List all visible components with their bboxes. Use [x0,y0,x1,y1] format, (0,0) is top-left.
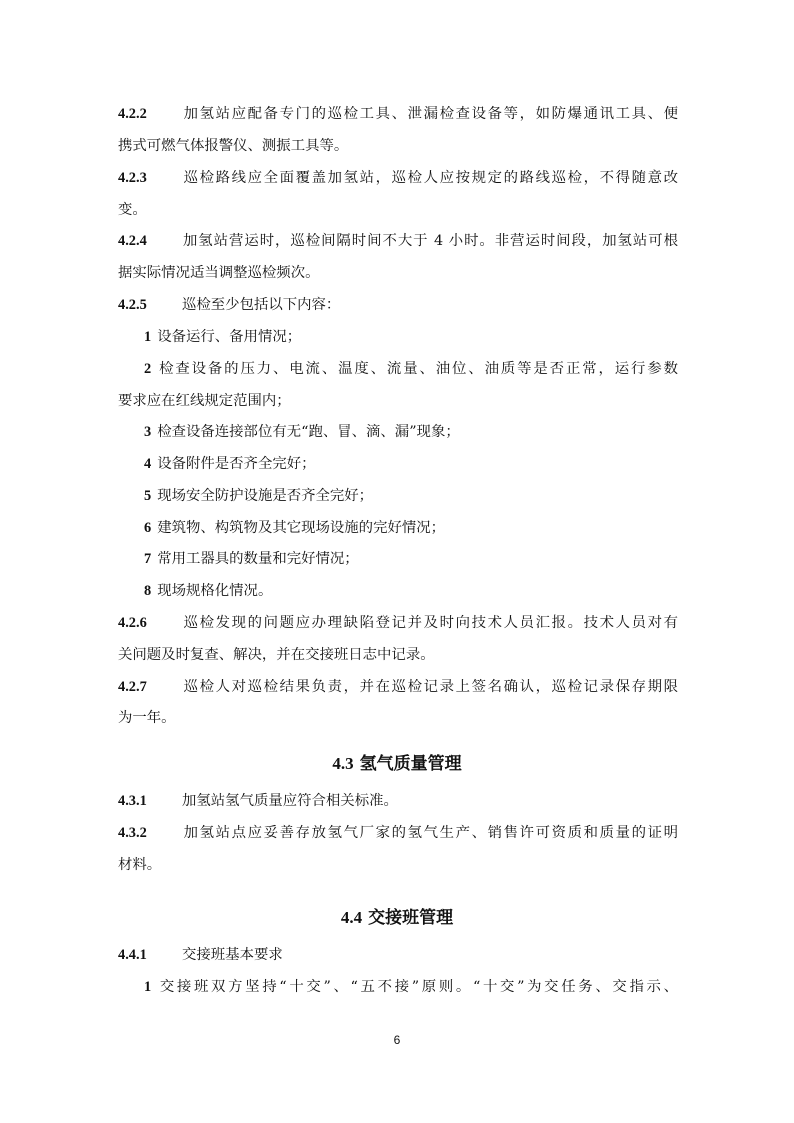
clause-number: 4.3.1 [118,791,182,811]
page-number: 6 [0,1033,794,1047]
clause-4-2-3-line-2: 变。 [118,200,678,220]
section-heading-4-3: 4.3氢气质量管理 [0,752,794,776]
clause-4-2-6-line-1: 4.2.6巡检发现的问题应办理缺陷登记并及时向技术人员汇报。技术人员对有 [118,613,678,633]
clause-4-2-4-line-1: 4.2.4加氢站营运时，巡检间隔时间不大于 4 小时。非营运时间段，加氢站可根 [118,231,678,251]
clause-4-2-7-line-1: 4.2.7巡检人对巡检结果负责，并在巡检记录上签名确认，巡检记录保存期限 [118,677,678,697]
list-item-7: 7常用工器具的数量和完好情况； [144,549,704,569]
clause-number: 4.2.2 [118,104,182,124]
clause-number: 4.2.6 [118,613,182,633]
list-item-4: 4设备附件是否齐全完好； [144,454,704,474]
list-item-6: 6建筑物、构筑物及其它现场设施的完好情况； [144,518,704,538]
clause-4-2-2-line-2: 携式可燃气体报警仪、测振工具等。 [118,136,678,156]
clause-4-3-2-line-1: 4.3.2加氢站点应妥善存放氢气厂家的氢气生产、销售许可资质和质量的证明 [118,823,678,843]
clause-number: 4.3.2 [118,823,182,843]
clause-number: 4.2.3 [118,168,182,188]
clause-4-2-7-line-2: 为一年。 [118,708,678,728]
clause-4-2-2-line-1: 4.2.2加氢站应配备专门的巡检工具、泄漏检查设备等，如防爆通讯工具、便 [118,104,678,124]
list-item-5: 5现场安全防护设施是否齐全完好； [144,486,704,506]
clause-4-2-5-line-1: 4.2.5巡检至少包括以下内容： [118,295,678,315]
clause-4-2-4-line-2: 据实际情况适当调整巡检频次。 [118,263,678,283]
clause-4-3-2-line-2: 材料。 [118,855,678,875]
list-item-2-line-1: 2检查设备的压力、电流、温度、流量、油位、油质等是否正常，运行参数 [144,359,678,379]
clause-4-2-3-line-1: 4.2.3巡检路线应全面覆盖加氢站，巡检人应按规定的路线巡检，不得随意改 [118,168,678,188]
list-item-3: 3检查设备连接部位有无“跑、冒、滴、漏”现象； [144,422,704,442]
list-item-2-line-2: 要求应在红线规定范围内； [118,391,678,411]
clause-4-3-1: 4.3.1加氢站氢气质量应符合相关标准。 [118,791,678,811]
clause-number: 4.2.7 [118,677,182,697]
clause-4-4-1: 4.4.1交接班基本要求 [118,945,678,965]
clause-4-2-6-line-2: 关问题及时复查、解决，并在交接班日志中记录。 [118,645,678,665]
clause-number: 4.2.5 [118,295,182,315]
clause-number: 4.4.1 [118,945,182,965]
clause-number: 4.2.4 [118,231,182,251]
list-item-1: 1设备运行、备用情况； [144,327,704,347]
list-item-8: 8现场规格化情况。 [144,581,704,601]
section-heading-4-4: 4.4交接班管理 [0,906,794,930]
list-item-4-4-1-1: 1交接班双方坚持“十交”、“五不接”原则。“十交”为交任务、交指示、 [144,977,678,997]
